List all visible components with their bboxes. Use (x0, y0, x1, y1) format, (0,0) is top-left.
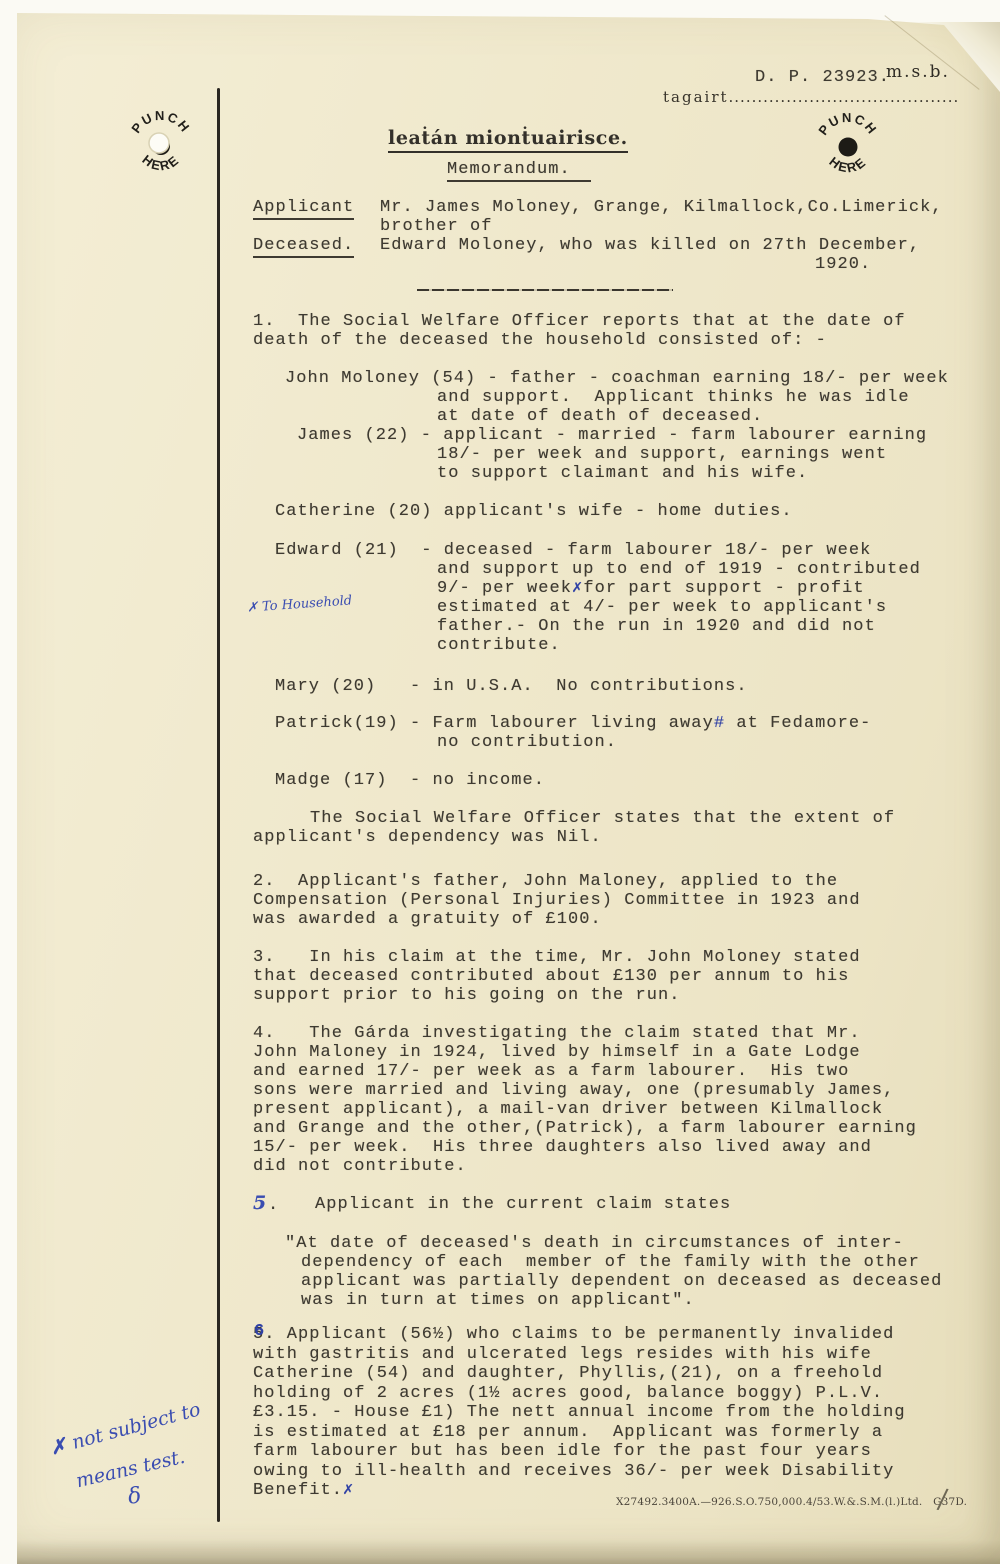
tagairt-word: tagairt (663, 88, 729, 106)
para4-line: 4. The Gárda investigating the claim sta… (253, 1024, 861, 1043)
swo-note-line: applicant's dependency was Nil. (253, 828, 602, 847)
punch-here-stamp-right: PUNCH HERE (811, 110, 885, 184)
tagairt-dotted-leader: ........................................ (729, 88, 960, 106)
memorandum-title-text: Memorandum. (447, 160, 591, 182)
tagairt-label: tagairt.................................… (663, 88, 959, 106)
para4-line: and Grange and the other,(Patrick), a fa… (253, 1119, 917, 1138)
patrick-line-pre: Patrick(19) - Farm labourer living away (275, 714, 714, 733)
para3-line: support prior to his going on the run. (253, 986, 681, 1005)
deceased-year: 1920. (815, 255, 871, 274)
household-patrick-line: no contribution. (437, 733, 617, 752)
household-catherine-line: Catherine (20) applicant's wife - home d… (275, 502, 793, 521)
para6-line: farm labourer but has been idle for the … (253, 1442, 872, 1461)
punch-stamp-bottom-text: HERE (139, 152, 182, 174)
para5-quote-line: dependency of each member of the family … (301, 1253, 920, 1272)
patrick-line-post: at Fedamore- (725, 714, 871, 733)
gaelic-title: leaṫán mionṫuairisce. (388, 127, 628, 153)
household-john-line: and support. Applicant thinks he was idl… (437, 388, 910, 407)
swo-note-line: The Social Welfare Officer states that t… (310, 809, 895, 828)
punched-hole (149, 133, 169, 153)
end-x-mark: ✗ (343, 1481, 354, 1500)
household-edward-line: estimated at 4/- per week to applicant's (437, 598, 887, 617)
printer-code: X27492.3400A.—926.S.O.750,000.4/53.W.&.S… (616, 1496, 967, 1508)
para6-line: is estimated at £18 per annum. Applicant… (253, 1423, 883, 1442)
household-james-line: 18/- per week and support, earnings went (437, 445, 887, 464)
para4-line: and earned 17/- per week as a farm labou… (253, 1062, 849, 1081)
para6-line: owing to ill-health and receives 36/- pe… (253, 1462, 894, 1481)
para6-line: holding of 2 acres (1½ acres good, balan… (253, 1384, 883, 1403)
applicant-name: Mr. James Moloney, Grange, Kilmallock,Co… (380, 198, 943, 217)
edward-line3-pre: 9/- per week (437, 579, 572, 598)
insertion-mark: ✗ (572, 579, 583, 598)
svg-text:HERE: HERE (139, 152, 182, 174)
para2-line: was awarded a gratuity of £100. (253, 910, 602, 929)
ink-initials-note: m.s.b. (886, 62, 950, 82)
para1-line: 1. The Social Welfare Officer reports th… (253, 312, 906, 331)
para4-line: 15/- per week. His three daughters also … (253, 1138, 872, 1157)
applicant-label-text: Applicant (253, 198, 354, 220)
applicant-label: Applicant (253, 198, 354, 217)
household-james-line: to support claimant and his wife. (437, 464, 808, 483)
household-john-line: at date of death of deceased. (437, 407, 763, 426)
para4-line: did not contribute. (253, 1157, 467, 1176)
bottom-edge-shadow (17, 1540, 1000, 1564)
svg-text:PUNCH: PUNCH (128, 108, 193, 136)
household-madge-line: Madge (17) - no income. (275, 771, 545, 790)
punch-here-stamp-left: PUNCH HERE (124, 108, 198, 182)
reference-number: D. P. 23923. (755, 68, 890, 87)
para6-line: 56. Applicant (56½) who claims to be per… (253, 1325, 894, 1344)
para2-line: Compensation (Personal Injuries) Committ… (253, 891, 861, 910)
edward-line3-post: for part support - profit (583, 579, 864, 598)
para5-number-dot: . (268, 1196, 279, 1215)
para6-number-corrected: 6 (254, 1322, 265, 1341)
margin-rule (217, 88, 220, 1522)
para6-line: with gastritis and ulcerated legs reside… (253, 1345, 872, 1364)
memorandum-title: Memorandum. (447, 160, 591, 179)
household-patrick-line: Patrick(19) - Farm labourer living away#… (275, 714, 871, 733)
para5-number-handwritten: 5 (253, 1192, 266, 1214)
para5-quote-line: applicant was partially dependent on dec… (301, 1272, 942, 1291)
para3-line: that deceased contributed about £130 per… (253, 967, 849, 986)
para6-line: Catherine (54) and daughter, Phyllis,(21… (253, 1364, 883, 1383)
deceased-name: Edward Moloney, who was killed on 27th D… (380, 236, 920, 255)
para5-quote-line: "At date of deceased's death in circumst… (285, 1234, 904, 1253)
para4-line: sons were married and living away, one (… (253, 1081, 894, 1100)
memorandum-scan: { "header": { "tagairt_label": "tagairt"… (0, 0, 1000, 1564)
household-mary-line: Mary (20) - in U.S.A. No contributions. (275, 677, 748, 696)
para5-heading: Applicant in the current claim states (315, 1195, 731, 1214)
household-edward-line: contribute. (437, 636, 561, 655)
para6-line1-text: . Applicant (56½) who claims to be perma… (264, 1325, 894, 1344)
applicant-relation: brother of (380, 217, 493, 236)
para5-quote-line: was in turn at times on applicant". (301, 1291, 695, 1310)
punch-stamp-bottom-text: HERE (826, 154, 869, 176)
household-edward-line: 9/- per week✗for part support - profit (437, 579, 865, 598)
section-rule (417, 289, 673, 291)
para2-line: 2. Applicant's father, John Maloney, app… (253, 872, 838, 891)
deceased-label-text: Deceased. (253, 236, 354, 258)
svg-text:PUNCH: PUNCH (815, 110, 880, 138)
household-edward-line: Edward (21) - deceased - farm labourer 1… (275, 541, 871, 560)
punch-stamp-top-text: PUNCH (815, 110, 880, 138)
para1-line: death of the deceased the household cons… (253, 331, 827, 350)
para6-number: 56 (253, 1325, 264, 1344)
household-john-line: John Moloney (54) - father - coachman ea… (285, 369, 949, 388)
para6-line9-text: Benefit. (253, 1481, 343, 1500)
household-james-line: James (22) - applicant - married - farm … (297, 426, 927, 445)
punch-dot (839, 138, 858, 157)
para3-line: 3. In his claim at the time, Mr. John Mo… (253, 948, 861, 967)
hash-mark: # (714, 714, 725, 733)
deceased-label: Deceased. (253, 236, 354, 255)
household-edward-line: father.- On the run in 1920 and did not (437, 617, 876, 636)
punch-stamp-top-text: PUNCH (128, 108, 193, 136)
para6-line: Benefit.✗ (253, 1481, 354, 1500)
para4-line: John Maloney in 1924, lived by himself i… (253, 1043, 861, 1062)
household-edward-line: and support up to end of 1919 - contribu… (437, 560, 921, 579)
svg-text:HERE: HERE (826, 154, 869, 176)
para4-line: present applicant), a mail-van driver be… (253, 1100, 883, 1119)
para6-line: £3.15. - House £1) The nett annual incom… (253, 1403, 906, 1422)
